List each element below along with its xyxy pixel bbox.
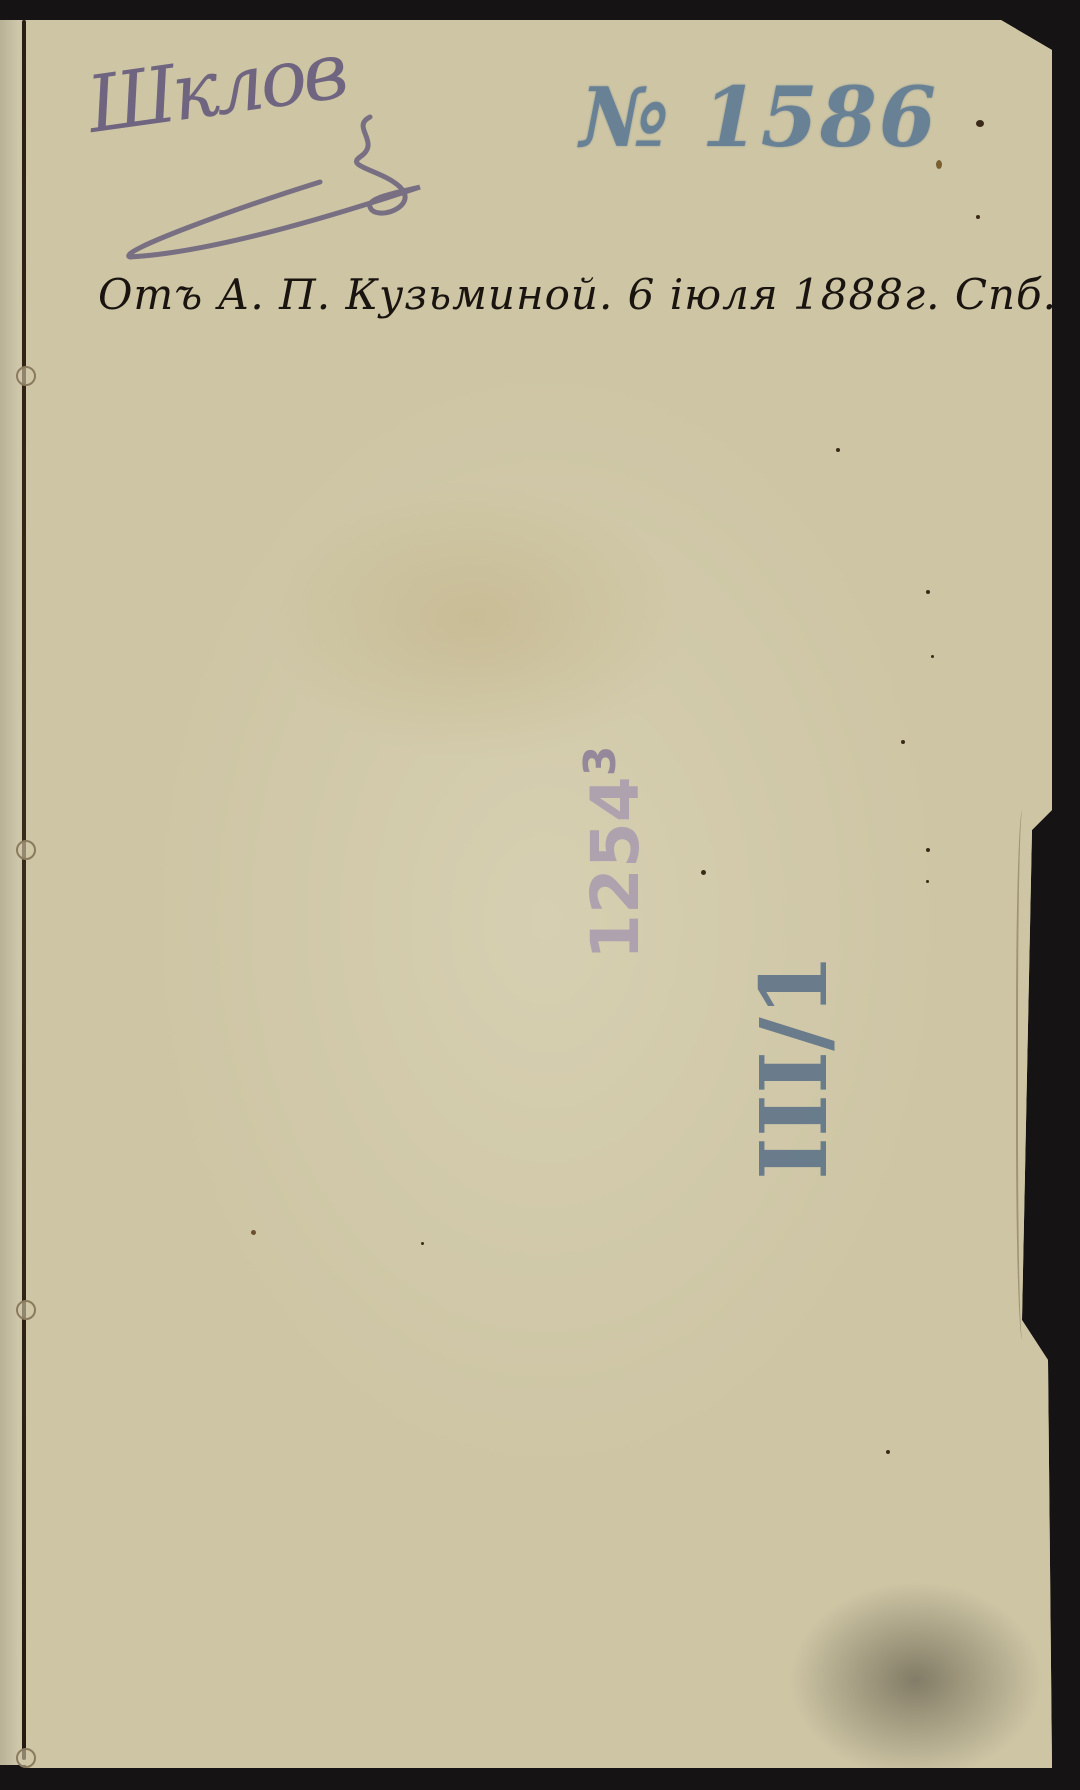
foxing-speck	[931, 655, 934, 658]
foxing-speck	[836, 448, 840, 452]
binding-stitch	[16, 840, 36, 860]
foxing-speck	[251, 1230, 256, 1235]
foxing-speck	[421, 1242, 424, 1245]
library-stamp: 12543	[575, 746, 654, 960]
foxing-speck	[701, 870, 706, 875]
provenance-note: Отъ А. П. Кузьминой. 6 іюля 1888г. Спб.	[98, 270, 1057, 319]
binding-stitch	[16, 366, 36, 386]
stamp-superscript: 3	[575, 746, 626, 777]
binding-stitch	[16, 1748, 36, 1768]
foxing-speck	[901, 740, 905, 744]
scanned-page: Шклов № 1586 Отъ А. П. Кузьминой. 6 іюля…	[0, 0, 1080, 1790]
foxing-speck	[976, 215, 980, 219]
foxing-speck	[926, 590, 930, 594]
signature-flourish-icon	[120, 112, 430, 262]
shelf-number: № 1586	[580, 70, 938, 166]
foxing-speck	[926, 848, 930, 852]
page-edge-crease	[1016, 810, 1032, 1340]
press-mark: III/1	[740, 953, 848, 1180]
spine-thread	[22, 20, 26, 1760]
stamp-number: 1254	[577, 776, 654, 960]
foxing-speck	[886, 1450, 890, 1454]
foxing-speck	[926, 880, 929, 883]
foxing-speck	[976, 120, 984, 127]
binding-stitch	[16, 1300, 36, 1320]
